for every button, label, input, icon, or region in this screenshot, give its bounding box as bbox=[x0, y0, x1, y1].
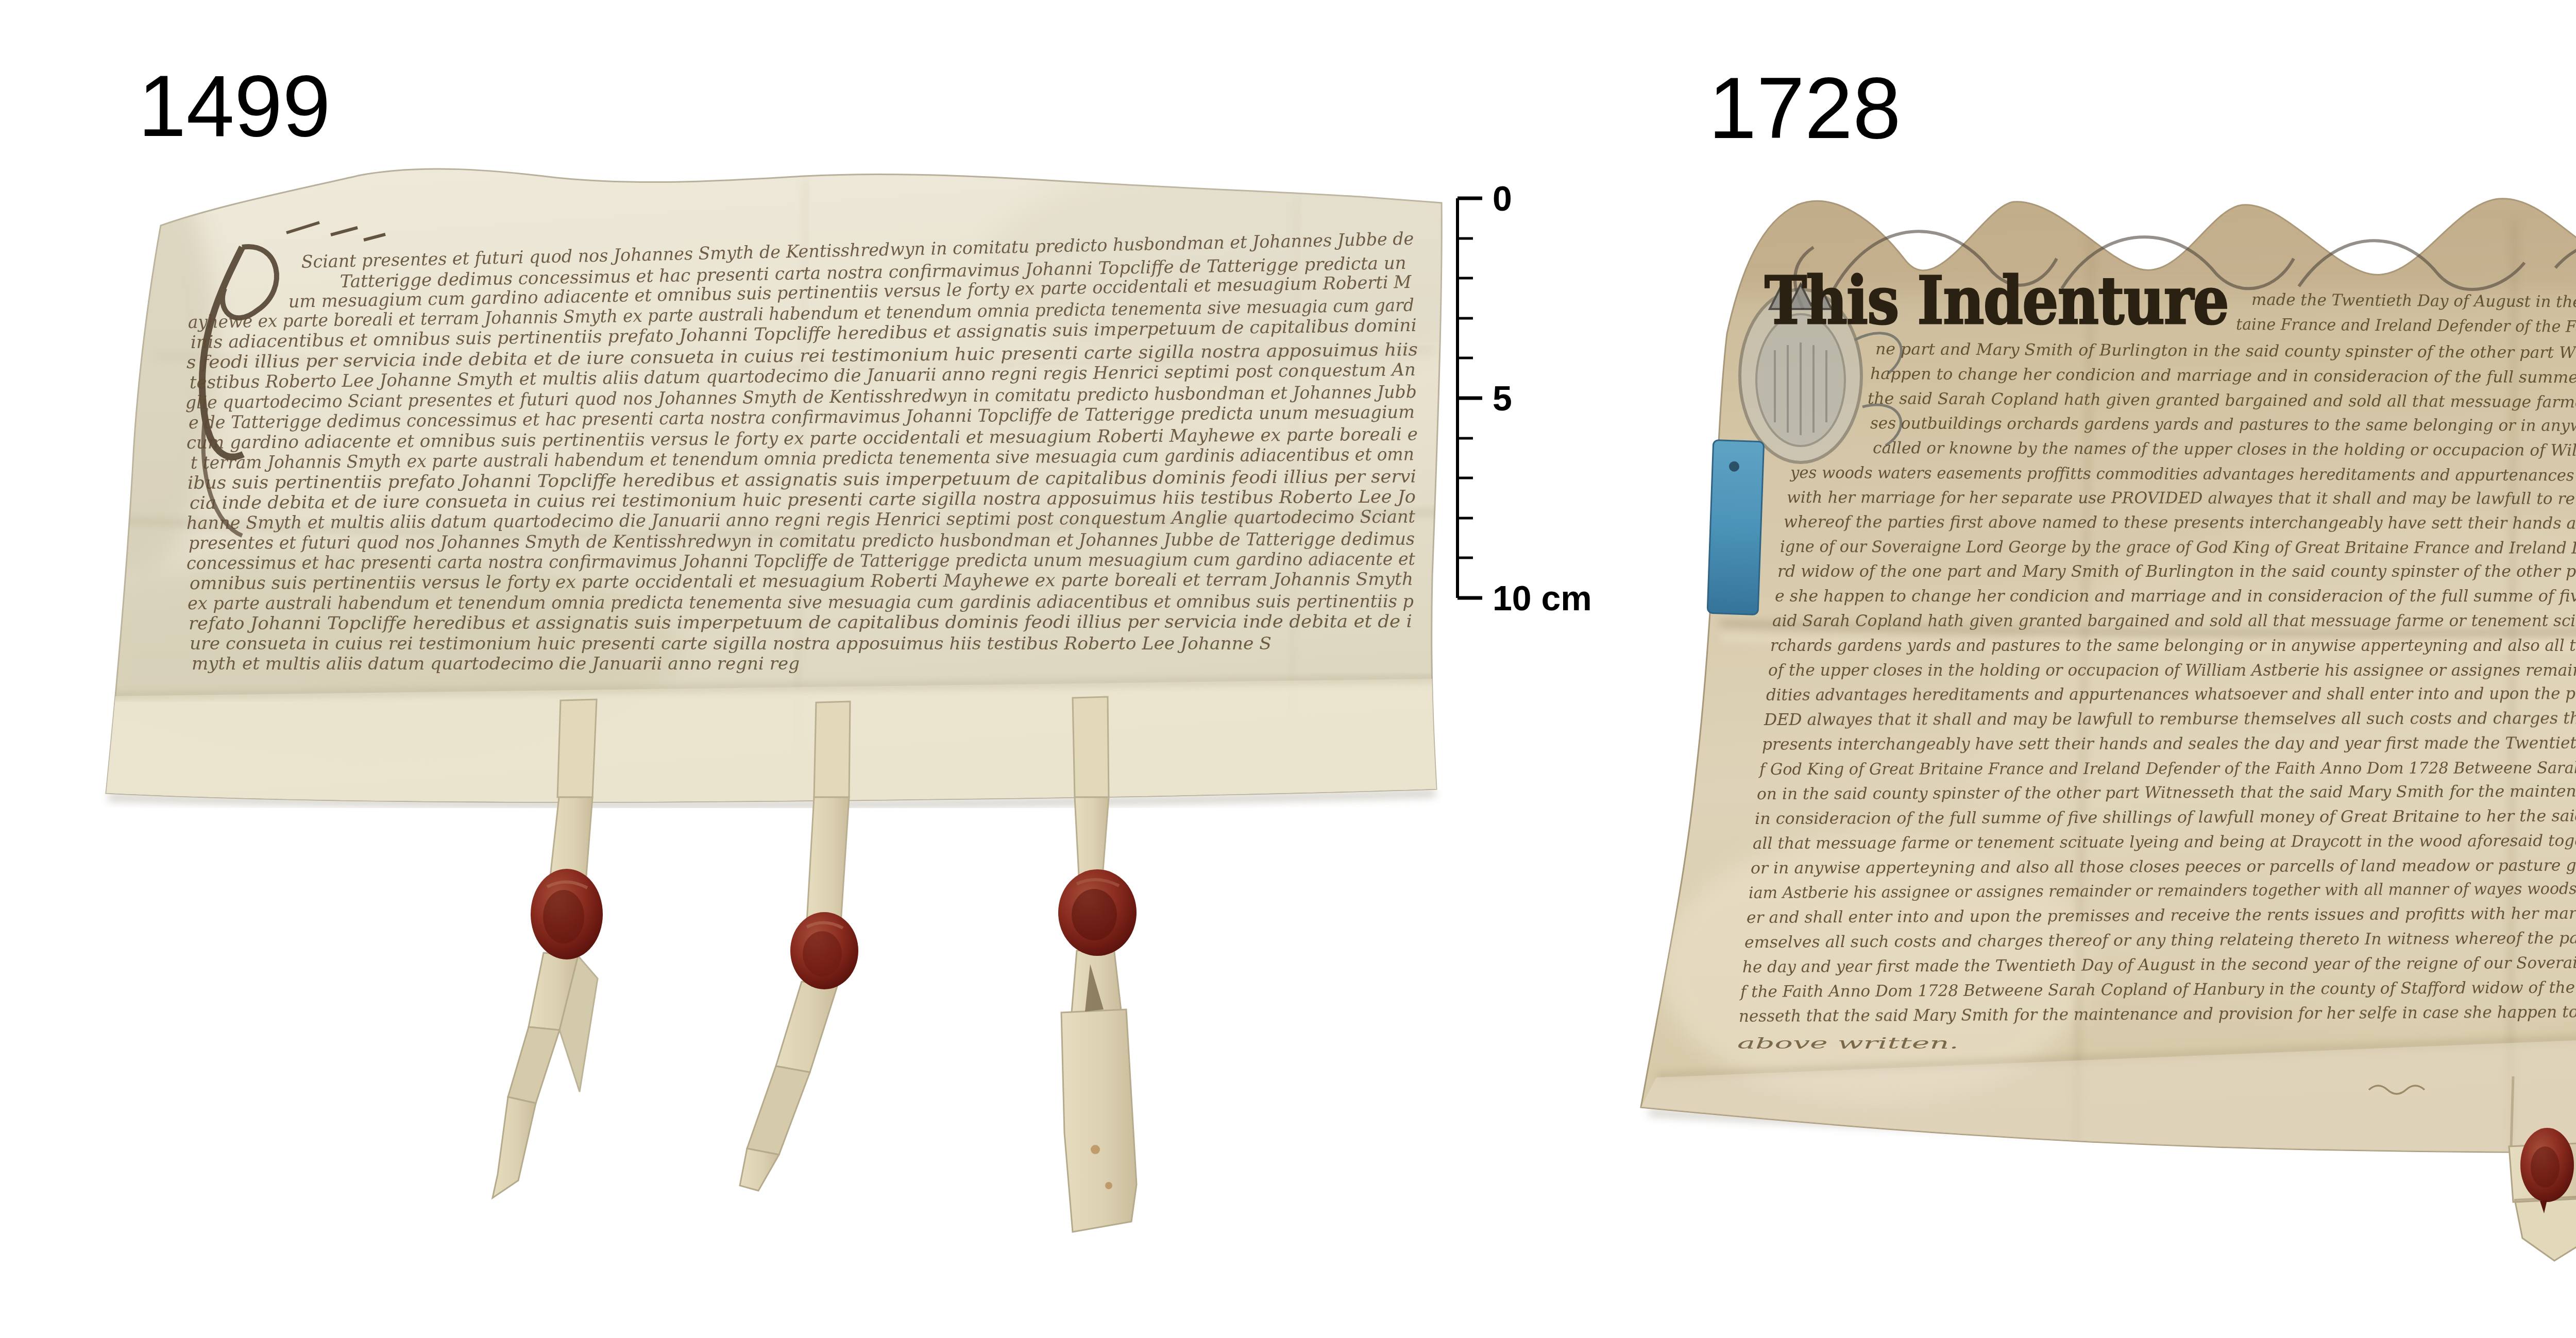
script-line: with her marriage for her separate use P… bbox=[1787, 488, 2576, 509]
closing-phrase: above written. bbox=[1737, 1035, 1959, 1053]
script-line: ure consueta in cuius rei testimonium hu… bbox=[190, 633, 1272, 654]
tag-tail bbox=[747, 1066, 810, 1155]
script-line: f God King of Great Britaine France and … bbox=[1758, 758, 2576, 779]
tag-tail bbox=[1061, 1009, 1137, 1232]
script-line: dities advantages hereditaments and appu… bbox=[1766, 683, 2576, 705]
script-line: of the upper closes in the holding or oc… bbox=[1768, 661, 2576, 680]
script-line: e she happen to change her condicion and… bbox=[1775, 587, 2576, 606]
seal-tag-tip bbox=[2515, 1198, 2576, 1261]
tag-tail bbox=[776, 982, 838, 1072]
manuscript-text-block: Sciant presentes et futuri quod nos Joha… bbox=[185, 229, 1418, 674]
stain-spot bbox=[1105, 1182, 1112, 1189]
seal-tag-strap bbox=[557, 699, 597, 797]
blue-ribbon bbox=[1707, 440, 1764, 614]
pendant-seal-tag bbox=[2509, 1128, 2576, 1261]
scale-ruler-left: 0 5 10 cm bbox=[1458, 179, 1592, 618]
seal-tag-strap bbox=[807, 797, 849, 923]
ruler-label-0: 0 bbox=[1493, 179, 1512, 218]
tag-tail bbox=[493, 1097, 536, 1198]
tag-tail bbox=[508, 1027, 560, 1103]
ruler-major-ticks bbox=[1458, 198, 1482, 598]
wax-seal-2 bbox=[790, 912, 858, 989]
script-line: aid Sarah Copland hath given granted bar… bbox=[1772, 612, 2576, 630]
script-line: DED alwayes that it shall and may be law… bbox=[1764, 708, 2576, 729]
document-1499: Sciant presentes et futuri quod nos Joha… bbox=[41, 144, 1520, 1232]
script-line: omnibus suis pertinentiis versus le fort… bbox=[190, 569, 1413, 594]
pendant-seals bbox=[493, 797, 1137, 1232]
script-line: presents interchangeably have sett their… bbox=[1762, 733, 2576, 754]
seal-tag-strap bbox=[1075, 797, 1109, 877]
wax-seal-3 bbox=[1058, 869, 1137, 956]
document-heading: This Indenture bbox=[1765, 262, 2228, 339]
script-line: rd widow of the one part and Mary Smith … bbox=[1777, 562, 2576, 581]
plica-fold bbox=[101, 679, 1437, 802]
document-1728: This Indenture made the Twentieth Day of… bbox=[1641, 191, 2576, 1261]
ruler-label-5: 5 bbox=[1493, 379, 1512, 418]
tag-tail bbox=[740, 1148, 779, 1191]
stain-spot bbox=[1091, 1145, 1100, 1154]
seal-tag-strap bbox=[1073, 697, 1109, 797]
script-line: rchards gardens yards and pastures to th… bbox=[1770, 637, 2576, 655]
year-label-1499: 1499 bbox=[138, 58, 331, 155]
two-deeds-figure: 1499 1728 Sciant pres bbox=[0, 0, 2576, 1338]
script-line: igne of our Soveraigne Lord George by th… bbox=[1780, 538, 2576, 559]
script-line: whereof the parties first above named to… bbox=[1784, 513, 2576, 534]
seal-tag-strap bbox=[550, 797, 592, 877]
script-line: myth et multis aliis datum quartodecimo … bbox=[192, 654, 800, 674]
ruler-label-10cm: 10 cm bbox=[1493, 579, 1592, 618]
seal-tag-strap bbox=[814, 701, 850, 797]
script-line: refato Johanni Topcliffe heredibus et as… bbox=[189, 611, 1412, 634]
wax-seal-1 bbox=[531, 869, 603, 959]
script-line: ex parte australi habendum et tenendum o… bbox=[188, 591, 1414, 614]
year-label-1728: 1728 bbox=[1708, 60, 1901, 157]
